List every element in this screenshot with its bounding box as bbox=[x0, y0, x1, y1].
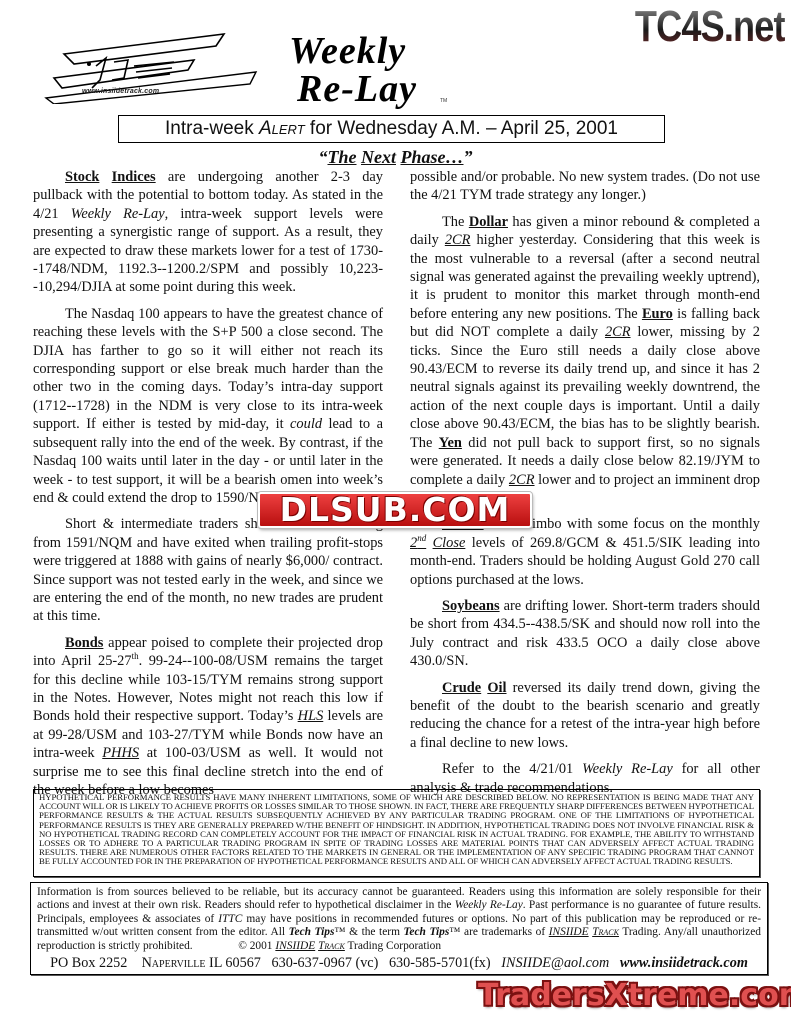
tm-symbol: ™ bbox=[449, 926, 460, 938]
brand-track: Track bbox=[592, 926, 619, 938]
keyword-indices: Indices bbox=[112, 169, 156, 185]
term-2cr: 2CR bbox=[605, 324, 631, 340]
right-column: possible and/or probable. No new system … bbox=[410, 168, 760, 805]
brand-track: Track bbox=[318, 940, 345, 952]
term-2cr: 2CR bbox=[509, 472, 535, 488]
keyword-crude: Crude bbox=[442, 680, 481, 696]
headline-word-2: Next bbox=[361, 147, 396, 167]
publication-title: Weekly Re-Lay bbox=[289, 32, 417, 108]
text: The bbox=[442, 214, 469, 230]
emphasis-could: could bbox=[290, 416, 322, 432]
company-abbrev: ITTC bbox=[218, 913, 242, 925]
text: Refer to the 4/21/01 bbox=[442, 761, 582, 777]
trademark-tech-tips: Tech Tips bbox=[404, 926, 450, 938]
paragraph-bonds-continued: possible and/or probable. No new system … bbox=[410, 168, 760, 205]
text: lower, missing by 2 ticks. Since the Eur… bbox=[410, 324, 760, 450]
publication-ref: Weekly Re-Lay bbox=[582, 761, 673, 777]
ordinal-suffix: nd bbox=[417, 533, 426, 543]
contact-line: PO Box 2252 Naperville IL 60567 630-637-… bbox=[37, 954, 761, 972]
paragraph-traders: Short & intermediate traders should have… bbox=[33, 515, 383, 625]
keyword-soybeans: Soybeans bbox=[442, 598, 500, 614]
phone-number: 630-637-0967 (vc) bbox=[272, 955, 379, 971]
term-phhs: PHHS bbox=[102, 745, 139, 761]
logo-url: www.insiidetrack.com bbox=[82, 88, 159, 95]
watermark-tc4s: TC4S.net bbox=[635, 2, 785, 52]
brand-insiide: INSIIDE bbox=[549, 926, 589, 938]
alert-date: for Wednesday A.M. – April 25, 2001 bbox=[305, 118, 618, 139]
text: are trademarks of bbox=[460, 926, 548, 938]
quote-open: “ bbox=[319, 147, 328, 167]
page-headline: “The Next Phase…” bbox=[0, 147, 791, 168]
title-line-2: Re-Lay bbox=[297, 70, 417, 108]
email-link[interactable]: INSIIDE@aol.com bbox=[501, 955, 609, 971]
left-column: Stock Indices are undergoing another 2-3… bbox=[33, 168, 383, 807]
keyword-oil: Oil bbox=[487, 680, 506, 696]
text: possible and/or probable. No new system … bbox=[410, 169, 760, 203]
city: Naperville bbox=[142, 955, 206, 971]
keyword-yen: Yen bbox=[439, 435, 462, 451]
trademark-tech-tips: Tech Tips bbox=[289, 926, 335, 938]
title-line-1: Weekly bbox=[289, 30, 406, 72]
term-2cr: 2CR bbox=[445, 232, 471, 248]
keyword-dollar: Dollar bbox=[469, 214, 508, 230]
paragraph-crude-oil: Crude Oil reversed its daily trend down,… bbox=[410, 679, 760, 753]
watermark-dlsub: DLSUB.COM bbox=[258, 492, 532, 528]
paragraph-nasdaq: The Nasdaq 100 appears to have the great… bbox=[33, 305, 383, 507]
watermark-tradersxtreme: TradersXtreme.com bbox=[478, 978, 791, 1013]
paragraph-bonds: Bonds appear poised to complete their pr… bbox=[33, 634, 383, 800]
copyright: © 2001 bbox=[238, 940, 275, 952]
headline-word-3: Phase… bbox=[401, 147, 464, 167]
paragraph-soybeans: Soybeans are drifting lower. Short-term … bbox=[410, 597, 760, 671]
fax-number: 630-585-5701(fx) bbox=[389, 955, 491, 971]
hypothetical-disclaimer: Hypothetical performance results have ma… bbox=[33, 789, 760, 877]
brand-insiide: INSIIDE bbox=[275, 940, 315, 952]
legal-info-box: Information is from sources believed to … bbox=[30, 882, 768, 975]
text: Trading Corporation bbox=[345, 940, 441, 952]
alert-banner: Intra-week Alert for Wednesday A.M. – Ap… bbox=[118, 115, 665, 143]
keyword-euro: Euro bbox=[642, 306, 673, 322]
keyword-bonds: Bonds bbox=[65, 635, 103, 651]
term-2nd: 2nd bbox=[410, 535, 426, 551]
publication-ref: Weekly Re-Lay bbox=[455, 899, 523, 911]
text: The Nasdaq 100 appears to have the great… bbox=[33, 306, 383, 432]
term-close: Close bbox=[433, 535, 466, 551]
paragraph-currencies: The Dollar has given a minor rebound & c… bbox=[410, 213, 760, 508]
trademark-mark: TM bbox=[440, 98, 447, 104]
keyword-stock: Stock bbox=[65, 169, 99, 185]
website-link[interactable]: www.insiidetrack.com bbox=[620, 955, 748, 971]
po-box: PO Box 2252 bbox=[50, 955, 127, 971]
term-hls: HLS bbox=[298, 708, 324, 724]
paragraph-stock-indices: Stock Indices are undergoing another 2-3… bbox=[33, 168, 383, 297]
text: & the term bbox=[346, 926, 404, 938]
publication-ref: Weekly Re-Lay bbox=[71, 206, 165, 222]
quote-close: ” bbox=[464, 147, 473, 167]
ordinal-suffix: th bbox=[132, 651, 139, 661]
ittc-logo: www.insiidetrack.com Weekly Re-Lay TM bbox=[44, 32, 464, 112]
state-zip: IL 60567 bbox=[205, 955, 260, 971]
alert-prefix: Intra-week bbox=[165, 118, 259, 139]
tm-symbol: ™ bbox=[334, 926, 345, 938]
alert-word: Alert bbox=[259, 118, 305, 139]
text: Short & intermediate traders should have… bbox=[33, 516, 383, 624]
headline-word-1: The bbox=[328, 147, 357, 167]
